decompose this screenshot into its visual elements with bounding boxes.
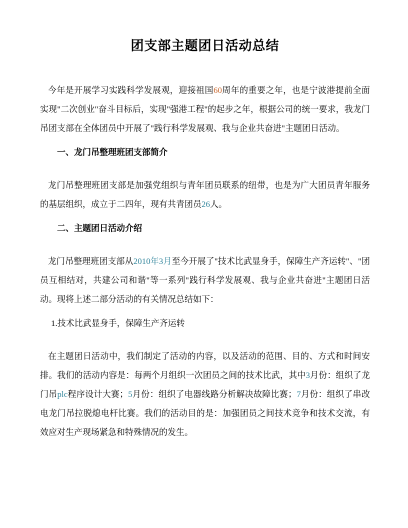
heading-section-2: 二、主题团日活动介绍 — [40, 219, 370, 238]
paragraph-intro: 今年是开展学习实践科学发展观，迎接祖国60周年的重要之年，也是宁波港提前全面实现… — [40, 81, 370, 138]
paragraph-activity-detail: 在主题团日活动中，我们制定了活动的内容，以及活动的范围、目的、方式和时间安排。我… — [40, 347, 370, 442]
doc-title: 团支部主题团日活动总结 — [40, 36, 370, 55]
paragraph-branch-intro: 龙门吊整理班团支部是加强党组织与青年团员联系的纽带，也是为广大团员青年服务的基层… — [40, 176, 370, 214]
document-page: 团支部主题团日活动总结 今年是开展学习实践科学发展观，迎接祖国60周年的重要之年… — [0, 0, 408, 528]
paragraph-activity-intro: 龙门吊整理班团支部从2010年3月至今开展了"技术比武显身手，保障生产齐运转"、… — [40, 252, 370, 309]
heading-section-1: 一、龙门吊整理班团支部简介 — [40, 143, 370, 162]
subheading-activity-1: 1.技术比武显身手，保障生产齐运转 — [40, 314, 370, 333]
